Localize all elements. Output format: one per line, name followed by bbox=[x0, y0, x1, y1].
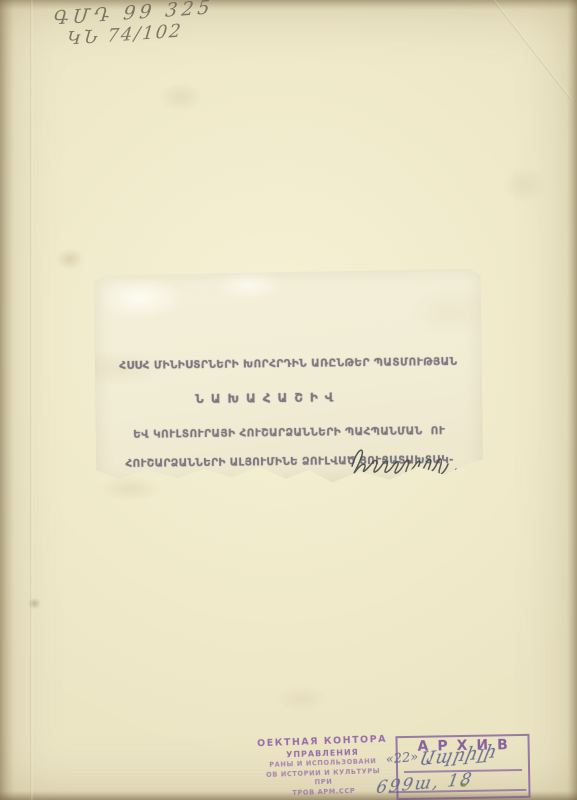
org-line-3: ՕԳՏԱԳՈՐԾՄԱՆ ՎԱՐՉՈՒԹՅԱՆ ՆԱԽԱԳԾԱՅԻՆ ԳՐԱՍԵՆ… bbox=[96, 489, 483, 517]
pasted-typewritten-label: ՀՍՍՀ ՄԻՆԻՍՏՐՆԵՐԻ ԽՈՐՀՐԴԻՆ ԱՌԸՆԹԵՐ ՊԱՏՄՈՒ… bbox=[94, 269, 484, 486]
paper-edge-shadow-right bbox=[567, 0, 577, 800]
scanned-document-page: ԳՄԴ 99 325 ԿՆ 74/102 ՀՍՍՀ ՄԻՆԻՍՏՐՆԵՐԻ ԽՈ… bbox=[0, 0, 577, 800]
pencil-shelfmark-note: ԳՄԴ 99 325 ԿՆ 74/102 bbox=[50, 0, 215, 52]
archive-stamp: АРХИВ «22» Ապրիլի 699ա, 18 bbox=[395, 734, 530, 800]
stain bbox=[274, 686, 328, 712]
project-office-stamp: ОЕКТНАЯ КОНТОРА УПРАВЛЕНИЯ РАНЫ И ИСПОЛЬ… bbox=[254, 733, 392, 800]
org-line-1: ՀՍՍՀ ՄԻՆԻՍՏՐՆԵՐԻ ԽՈՐՀՐԴԻՆ ԱՌԸՆԹԵՐ ՊԱՏՄՈՒ… bbox=[95, 351, 482, 379]
paper-edge-shadow-left bbox=[0, 0, 14, 800]
corner-fold-crease bbox=[478, 0, 573, 100]
signature bbox=[344, 437, 477, 485]
archive-date-number: «22» bbox=[385, 750, 419, 768]
signature-icon bbox=[344, 437, 477, 481]
stain bbox=[158, 82, 204, 112]
stain bbox=[502, 166, 546, 204]
stain bbox=[56, 248, 84, 270]
vertical-crease bbox=[30, 0, 33, 800]
stain bbox=[98, 476, 162, 502]
subject-line-2: ՆԵՐԻ ՊԱՏՐԱՍՏՄԱՆ ԱՇԽԱՏԱՆՔՆԵՐԻ bbox=[97, 506, 484, 529]
